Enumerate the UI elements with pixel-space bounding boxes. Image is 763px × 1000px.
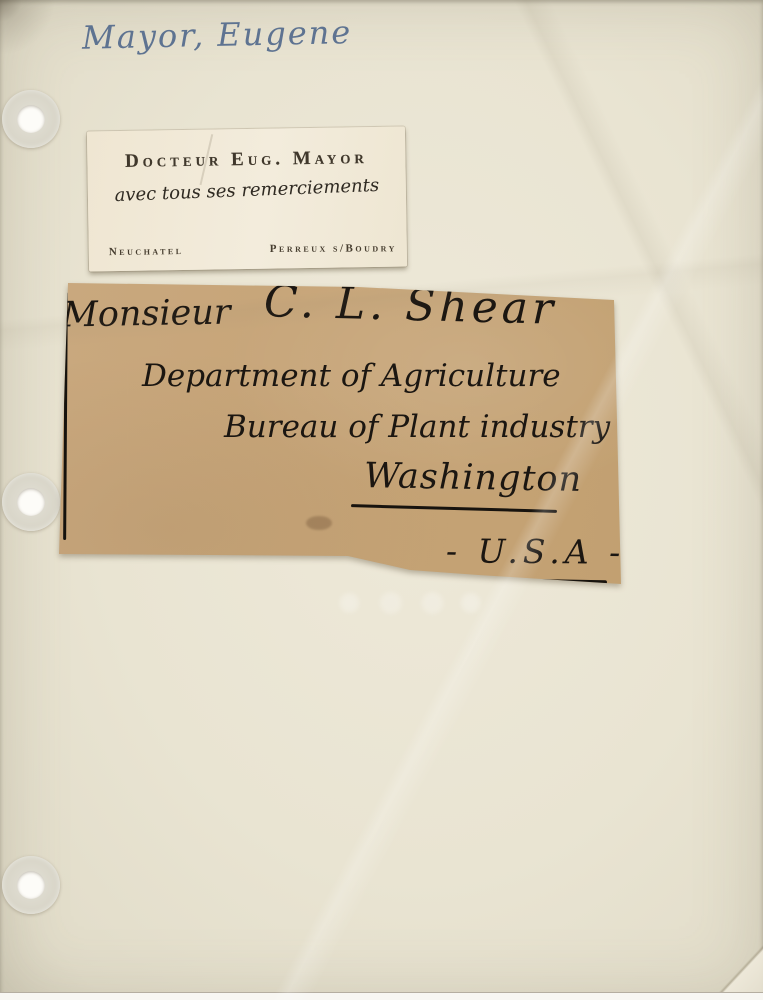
page-fold-corner [719,945,763,995]
hole-punch-top [2,90,60,148]
card-location-right: Perreux s/Boudry [270,242,397,255]
address-clipping: Monsieur C. L. Shear Department of Agric… [58,278,624,590]
page-annotation: Mayor, Eugene [82,13,343,56]
address-addressee: C. L. Shear [263,276,557,335]
address-line-city: Washington [364,456,583,500]
card-locations: Neuchatel Perreux s/Boudry [109,242,397,259]
address-clipping-wrapper: Monsieur C. L. Shear Department of Agric… [58,278,624,590]
address-line-country: - U.S.A - [446,531,626,572]
hole-punch-bottom [2,856,60,914]
album-page-scan: Mayor, Eugene Docteur Eug. Mayor avec to… [0,0,763,1000]
card-handwritten-note: avec tous ses remerciements [88,174,407,207]
city-underline [351,504,557,513]
embossed-watermark [330,584,490,622]
business-card: Docteur Eug. Mayor avec tous ses remerci… [87,127,407,272]
card-location-left: Neuchatel [109,245,184,258]
hole-punch-middle [2,473,60,531]
country-underline [455,578,607,584]
address-line-bureau: Bureau of Plant industry [224,409,610,445]
address-line-department: Department of Agriculture [142,358,561,394]
scan-edge-strip [0,992,763,1000]
stain [306,516,332,530]
card-name: Docteur Eug. Mayor [87,147,405,174]
address-salutation: Monsieur [62,293,231,336]
